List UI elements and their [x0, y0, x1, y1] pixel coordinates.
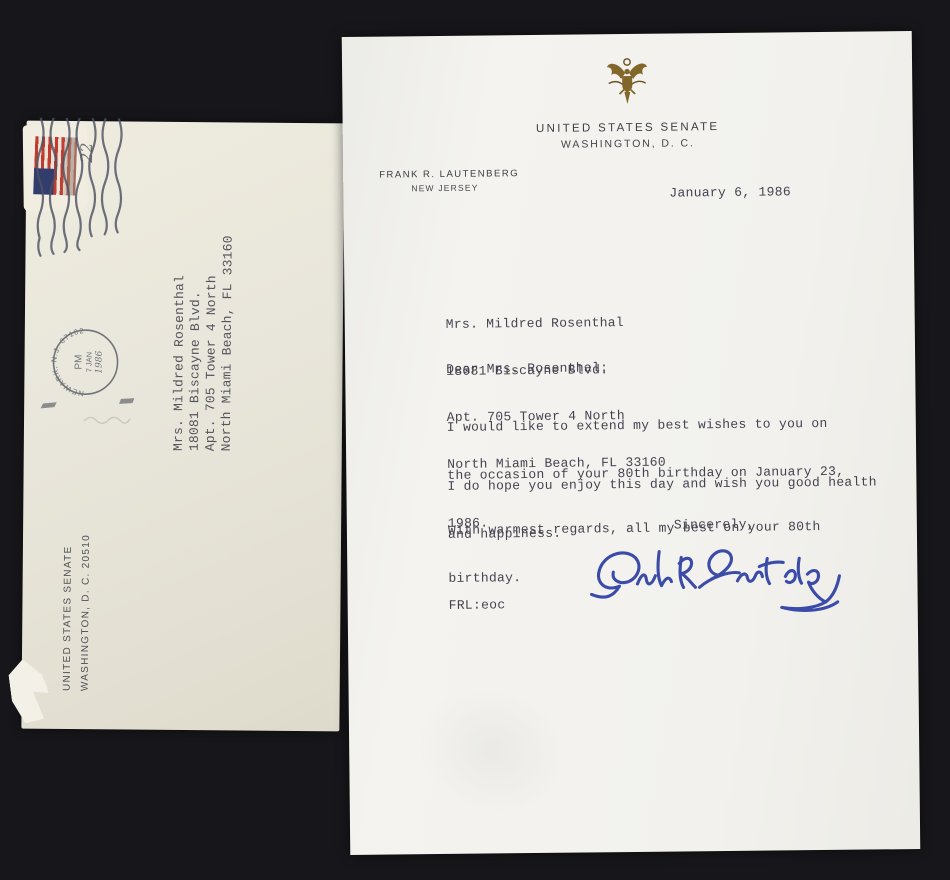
return-address-line: UNITED STATES SENATE [59, 527, 78, 691]
photograph-background: 22 NEWARK, N.J. 07102 PM 7 JAN 1986 [0, 0, 950, 880]
typist-reference: FRL:eoc [449, 597, 506, 614]
sender-state: NEW JERSEY [411, 183, 478, 194]
letterhead-organization: UNITED STATES SENATE [343, 119, 913, 137]
ink-show-through [400, 664, 585, 836]
envelope-return-address: UNITED STATES SENATE WASHINGTON, D. C. 2… [59, 527, 98, 691]
postmark-meridiem: PM [73, 355, 84, 370]
body-line: I would like to extend my best wishes to… [447, 416, 844, 436]
address-line: North Miami Beach, FL 33160 [219, 235, 237, 451]
letter-sheet: UNITED STATES SENATE WASHINGTON, D. C. F… [342, 31, 921, 855]
recipient-line: Mrs. Mildred Rosenthal [446, 315, 665, 333]
faint-pencil-mark [82, 411, 134, 427]
postmark: NEWARK, N.J. 07102 PM 7 JAN 1986 [43, 320, 128, 405]
senate-eagle-seal-icon [604, 56, 651, 110]
address-line: Apt. 705 Tower 4 North [203, 235, 221, 451]
address-line: Mrs. Mildred Rosenthal [171, 235, 189, 451]
letterhead-city: WASHINGTON, D. C. [343, 135, 913, 153]
signature-frank-r-lautenberg [585, 528, 858, 625]
postmark-killer-bar [41, 402, 57, 408]
envelope: 22 NEWARK, N.J. 07102 PM 7 JAN 1986 [21, 121, 344, 732]
letter-date: January 6, 1986 [669, 184, 791, 201]
postmark-year: 1986 [94, 351, 104, 374]
torn-paper-flap [7, 656, 53, 724]
cancellation-wavy-lines-icon [25, 118, 142, 271]
postmark-day: 7 JAN [84, 352, 93, 373]
postmark-killer-bar [119, 398, 134, 404]
salutation: Dear Mrs. Rosenthal: [446, 360, 608, 378]
envelope-recipient-address: Mrs. Mildred Rosenthal 18081 Biscayne Bl… [171, 235, 239, 452]
return-address-line: WASHINGTON, D. C. 20510 [77, 527, 96, 691]
sender-name: FRANK R. LAUTENBERG [379, 168, 519, 180]
address-line: 18081 Biscayne Blvd. [187, 235, 205, 451]
